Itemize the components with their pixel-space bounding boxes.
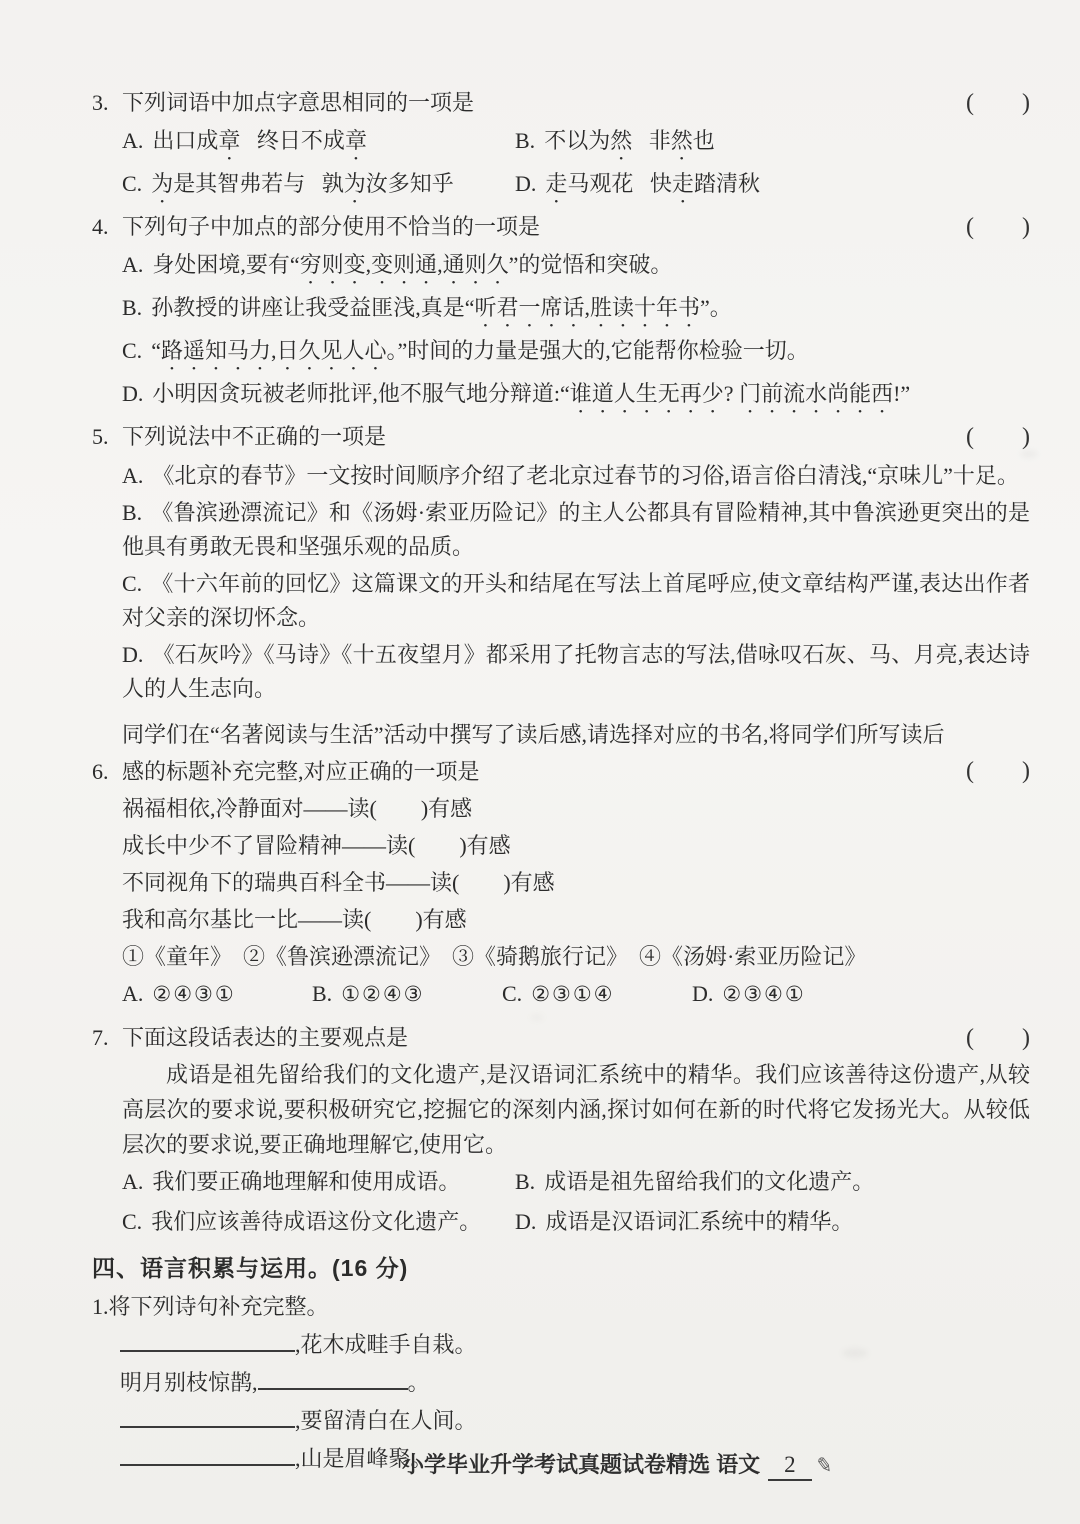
question-5: 5. 下列说法中不正确的一项是 ( ) A.《北京的春节》一文按时间顺序介绍了老… xyxy=(92,418,1030,706)
question-6-stem: 同学们在“名著阅读与生活”活动中撰写了读后感,请选择对应的书名,将同学们所写读后… xyxy=(122,716,958,790)
option-label: B. xyxy=(515,1169,544,1194)
pencil-icon: ✎ xyxy=(814,1452,834,1479)
exam-page: 3. 下列词语中加点字意思相同的一项是 ( ) A.出口成章 终日不成章 B.不… xyxy=(0,0,1080,1524)
question-3-option-b: B.不以为然 非然也 xyxy=(515,122,1030,165)
poem-text: ,要留清白在人间。 xyxy=(295,1408,477,1433)
question-3-answer-bracket: ( ) xyxy=(958,84,1030,122)
question-6-option-d: D.②③④① xyxy=(692,975,1030,1013)
question-3-options: A.出口成章 终日不成章 B.不以为然 非然也 C.为是其智弗若与 孰为汝多知乎… xyxy=(122,122,1030,208)
question-7-passage: 成语是祖先留给我们的文化遗产,是汉语词汇系统中的精华。我们应该善待这份遗产,从较… xyxy=(122,1057,1030,1162)
question-3-header: 3. 下列词语中加点字意思相同的一项是 ( ) xyxy=(92,84,1030,122)
option-label: D. xyxy=(515,1209,545,1234)
answer-blank-3 xyxy=(120,1406,295,1428)
option-text: 我们应该善待成语这份文化遗产。 xyxy=(151,1209,481,1234)
sub-question-number: 1. xyxy=(92,1294,109,1319)
question-4-answer-bracket: ( ) xyxy=(958,208,1030,246)
option-value: ②③①④ xyxy=(531,982,614,1006)
option-text: 成语是汉语词汇系统中的精华。 xyxy=(545,1209,853,1234)
option-label: B. xyxy=(122,500,151,525)
option-text: 《北京的春节》一文按时间顺序介绍了老北京过春节的习俗,语言俗白清浅,“京味儿”十… xyxy=(152,463,1019,488)
question-7-options: A.我们要正确地理解和使用成语。 B.成语是祖先留给我们的文化遗产。 C.我们应… xyxy=(122,1164,1030,1240)
question-3-option-d: D.走马观花 快走踏清秋 xyxy=(515,165,1030,208)
question-6-header: 6. 同学们在“名著阅读与生活”活动中撰写了读后感,请选择对应的书名,将同学们所… xyxy=(92,716,1030,790)
answer-blank-2 xyxy=(258,1368,408,1390)
option-text: 孙教授的讲座让我受益匪浅,真是“听君一席话,胜读十年书”。 xyxy=(151,295,732,320)
question-4-stem: 下列句子中加点的部分使用不恰当的一项是 xyxy=(122,208,540,246)
answer-blank-4 xyxy=(120,1444,295,1466)
poem-text: 明月别枝惊鹊, xyxy=(120,1370,258,1395)
question-6-option-a: A.②④③① xyxy=(122,975,312,1013)
option-label: A. xyxy=(122,981,152,1006)
option-label: A. xyxy=(122,252,152,277)
question-3-stem: 下列词语中加点字意思相同的一项是 xyxy=(122,84,474,122)
poem-text: 。 xyxy=(408,1370,430,1395)
exam-content: 3. 下列词语中加点字意思相同的一项是 ( ) A.出口成章 终日不成章 B.不… xyxy=(92,84,1030,1478)
question-6-option-b: B.①②④③ xyxy=(312,975,502,1013)
question-6: 6. 同学们在“名著阅读与生活”活动中撰写了读后感,请选择对应的书名,将同学们所… xyxy=(92,716,1030,1013)
option-text: 我们要正确地理解和使用成语。 xyxy=(152,1169,460,1194)
option-text: 身处困境,要有“穷则变,变则通,通则久”的觉悟和突破。 xyxy=(152,252,672,277)
question-5-options: A.《北京的春节》一文按时间顺序介绍了老北京过春节的习俗,语言俗白清浅,“京味儿… xyxy=(92,459,1030,706)
scan-smudge xyxy=(530,1014,544,1021)
option-text: 《石灰吟》《马诗》《十五夜望月》都采用了托物言志的写法,借咏叹石灰、马、月亮,表… xyxy=(122,642,1030,701)
sub-question-text: 将下列诗句补充完整。 xyxy=(109,1294,329,1319)
question-3-option-a: A.出口成章 终日不成章 xyxy=(122,122,515,165)
question-6-options: A.②④③① B.①②④③ C.②③①④ D.②③④① xyxy=(122,975,1030,1013)
poem-line-3: ,要留清白在人间。 xyxy=(120,1402,1030,1440)
option-text: 不以为然 非然也 xyxy=(544,128,715,153)
option-text: 走马观花 快走踏清秋 xyxy=(545,171,760,196)
option-label: B. xyxy=(312,981,341,1006)
question-5-option-b: B.《鲁滨逊漂流记》和《汤姆·索亚历险记》的主人公都具有冒险精神,其中鲁滨逊更突… xyxy=(122,496,1030,564)
question-6-option-c: C.②③①④ xyxy=(502,975,692,1013)
option-label: C. xyxy=(122,171,151,196)
question-7-header: 7. 下面这段话表达的主要观点是 ( ) xyxy=(92,1019,1030,1057)
question-4-number: 4. xyxy=(92,208,122,246)
page-footer: 小学毕业升学考试真题试卷精选 语文 2 ✎ xyxy=(402,1448,832,1481)
option-label: C. xyxy=(122,1209,151,1234)
option-label: D. xyxy=(692,981,722,1006)
footer-title: 小学毕业升学考试真题试卷精选 语文 xyxy=(402,1448,760,1479)
question-6-fill-line-3: 不同视角下的瑞典百科全书——读( )有感 xyxy=(122,864,1030,901)
answer-blank-1 xyxy=(120,1330,295,1352)
option-label: D. xyxy=(122,381,152,406)
question-7-option-b: B.成语是祖先留给我们的文化遗产。 xyxy=(515,1164,1030,1200)
question-4-header: 4. 下列句子中加点的部分使用不恰当的一项是 ( ) xyxy=(92,208,1030,246)
page-number: 2 xyxy=(768,1452,812,1481)
option-text: 为是其智弗若与 孰为汝多知乎 xyxy=(151,171,454,196)
section-four: 四、语言积累与运用。(16 分) 1.将下列诗句补充完整。 ,花木成畦手自栽。 … xyxy=(92,1248,1030,1478)
section-four-title: 四、语言积累与运用。(16 分) xyxy=(92,1248,1030,1288)
question-4-option-a: A.身处困境,要有“穷则变,变则通,通则久”的觉悟和突破。 xyxy=(122,246,1030,289)
question-7: 7. 下面这段话表达的主要观点是 ( ) 成语是祖先留给我们的文化遗产,是汉语词… xyxy=(92,1019,1030,1240)
option-text: “路遥知马力,日久见人心。”时间的力量是强大的,它能帮你检验一切。 xyxy=(151,338,809,363)
section-four-sub-question: 1.将下列诗句补充完整。 xyxy=(92,1288,1030,1326)
question-6-fill-line-4: 我和高尔基比一比——读( )有感 xyxy=(122,901,1030,938)
option-label: C. xyxy=(502,981,531,1006)
option-label: C. xyxy=(122,571,151,596)
scan-smudge xyxy=(842,1348,868,1358)
question-5-header: 5. 下列说法中不正确的一项是 ( ) xyxy=(92,418,1030,456)
question-3: 3. 下列词语中加点字意思相同的一项是 ( ) A.出口成章 终日不成章 B.不… xyxy=(92,84,1030,208)
poem-text: ,花木成畦手自栽。 xyxy=(295,1332,477,1357)
question-5-answer-bracket: ( ) xyxy=(958,418,1030,456)
question-7-option-a: A.我们要正确地理解和使用成语。 xyxy=(122,1164,515,1200)
question-5-stem: 下列说法中不正确的一项是 xyxy=(122,418,386,456)
scan-smudge xyxy=(1020,450,1038,458)
question-4-option-d: D.小明因贪玩被老师批评,他不服气地分辩道:“谁道人生无再少? 门前流水尚能西!… xyxy=(122,375,1030,418)
option-label: A. xyxy=(122,463,152,488)
option-value: ②④③① xyxy=(152,982,235,1006)
question-6-fill-line-1: 祸福相依,冷静面对——读( )有感 xyxy=(122,790,1030,827)
question-6-fill-line-2: 成长中少不了冒险精神——读( )有感 xyxy=(122,827,1030,864)
poem-line-1: ,花木成畦手自栽。 xyxy=(120,1326,1030,1364)
option-label: A. xyxy=(122,128,152,153)
option-label: D. xyxy=(122,642,152,667)
question-6-book-list: ①《童年》 ②《鲁滨逊漂流记》 ③《骑鹅旅行记》 ④《汤姆·索亚历险记》 xyxy=(122,938,1030,975)
question-3-option-c: C.为是其智弗若与 孰为汝多知乎 xyxy=(122,165,515,208)
poem-line-2: 明月别枝惊鹊,。 xyxy=(120,1364,1030,1402)
option-label: D. xyxy=(515,171,545,196)
question-7-stem: 下面这段话表达的主要观点是 xyxy=(122,1019,408,1057)
question-7-answer-bracket: ( ) xyxy=(958,1019,1030,1057)
option-label: B. xyxy=(515,128,544,153)
option-label: A. xyxy=(122,1169,152,1194)
question-5-number: 5. xyxy=(92,418,122,456)
question-5-option-c: C.《十六年前的回忆》这篇课文的开头和结尾在写法上首尾呼应,使文章结构严谨,表达… xyxy=(122,567,1030,635)
question-4-option-b: B.孙教授的讲座让我受益匪浅,真是“听君一席话,胜读十年书”。 xyxy=(122,289,1030,332)
option-label: B. xyxy=(122,295,151,320)
option-text: 成语是祖先留给我们的文化遗产。 xyxy=(544,1169,874,1194)
question-4-options: A.身处困境,要有“穷则变,变则通,通则久”的觉悟和突破。 B.孙教授的讲座让我… xyxy=(122,246,1030,418)
question-5-option-a: A.《北京的春节》一文按时间顺序介绍了老北京过春节的习俗,语言俗白清浅,“京味儿… xyxy=(122,459,1030,493)
question-6-fill-lines: 祸福相依,冷静面对——读( )有感 成长中少不了冒险精神——读( )有感 不同视… xyxy=(122,790,1030,1013)
question-7-number: 7. xyxy=(92,1019,122,1057)
question-4-option-c: C.“路遥知马力,日久见人心。”时间的力量是强大的,它能帮你检验一切。 xyxy=(122,332,1030,375)
option-text: 小明因贪玩被老师批评,他不服气地分辩道:“谁道人生无再少? 门前流水尚能西!” xyxy=(152,381,910,406)
question-3-number: 3. xyxy=(92,84,122,122)
question-4: 4. 下列句子中加点的部分使用不恰当的一项是 ( ) A.身处困境,要有“穷则变… xyxy=(92,208,1030,418)
question-7-option-c: C.我们应该善待成语这份文化遗产。 xyxy=(122,1204,515,1240)
question-6-answer-bracket: ( ) xyxy=(958,753,1030,790)
option-label: C. xyxy=(122,338,151,363)
option-value: ①②④③ xyxy=(341,982,424,1006)
option-text: 《鲁滨逊漂流记》和《汤姆·索亚历险记》的主人公都具有冒险精神,其中鲁滨逊更突出的… xyxy=(122,500,1030,559)
option-text: 《十六年前的回忆》这篇课文的开头和结尾在写法上首尾呼应,使文章结构严谨,表达出作… xyxy=(122,571,1030,630)
option-text: 出口成章 终日不成章 xyxy=(152,128,367,153)
question-5-option-d: D.《石灰吟》《马诗》《十五夜望月》都采用了托物言志的写法,借咏叹石灰、马、月亮… xyxy=(122,638,1030,706)
question-7-option-d: D.成语是汉语词汇系统中的精华。 xyxy=(515,1204,1030,1240)
option-value: ②③④① xyxy=(722,982,805,1006)
question-6-number: 6. xyxy=(92,753,122,790)
